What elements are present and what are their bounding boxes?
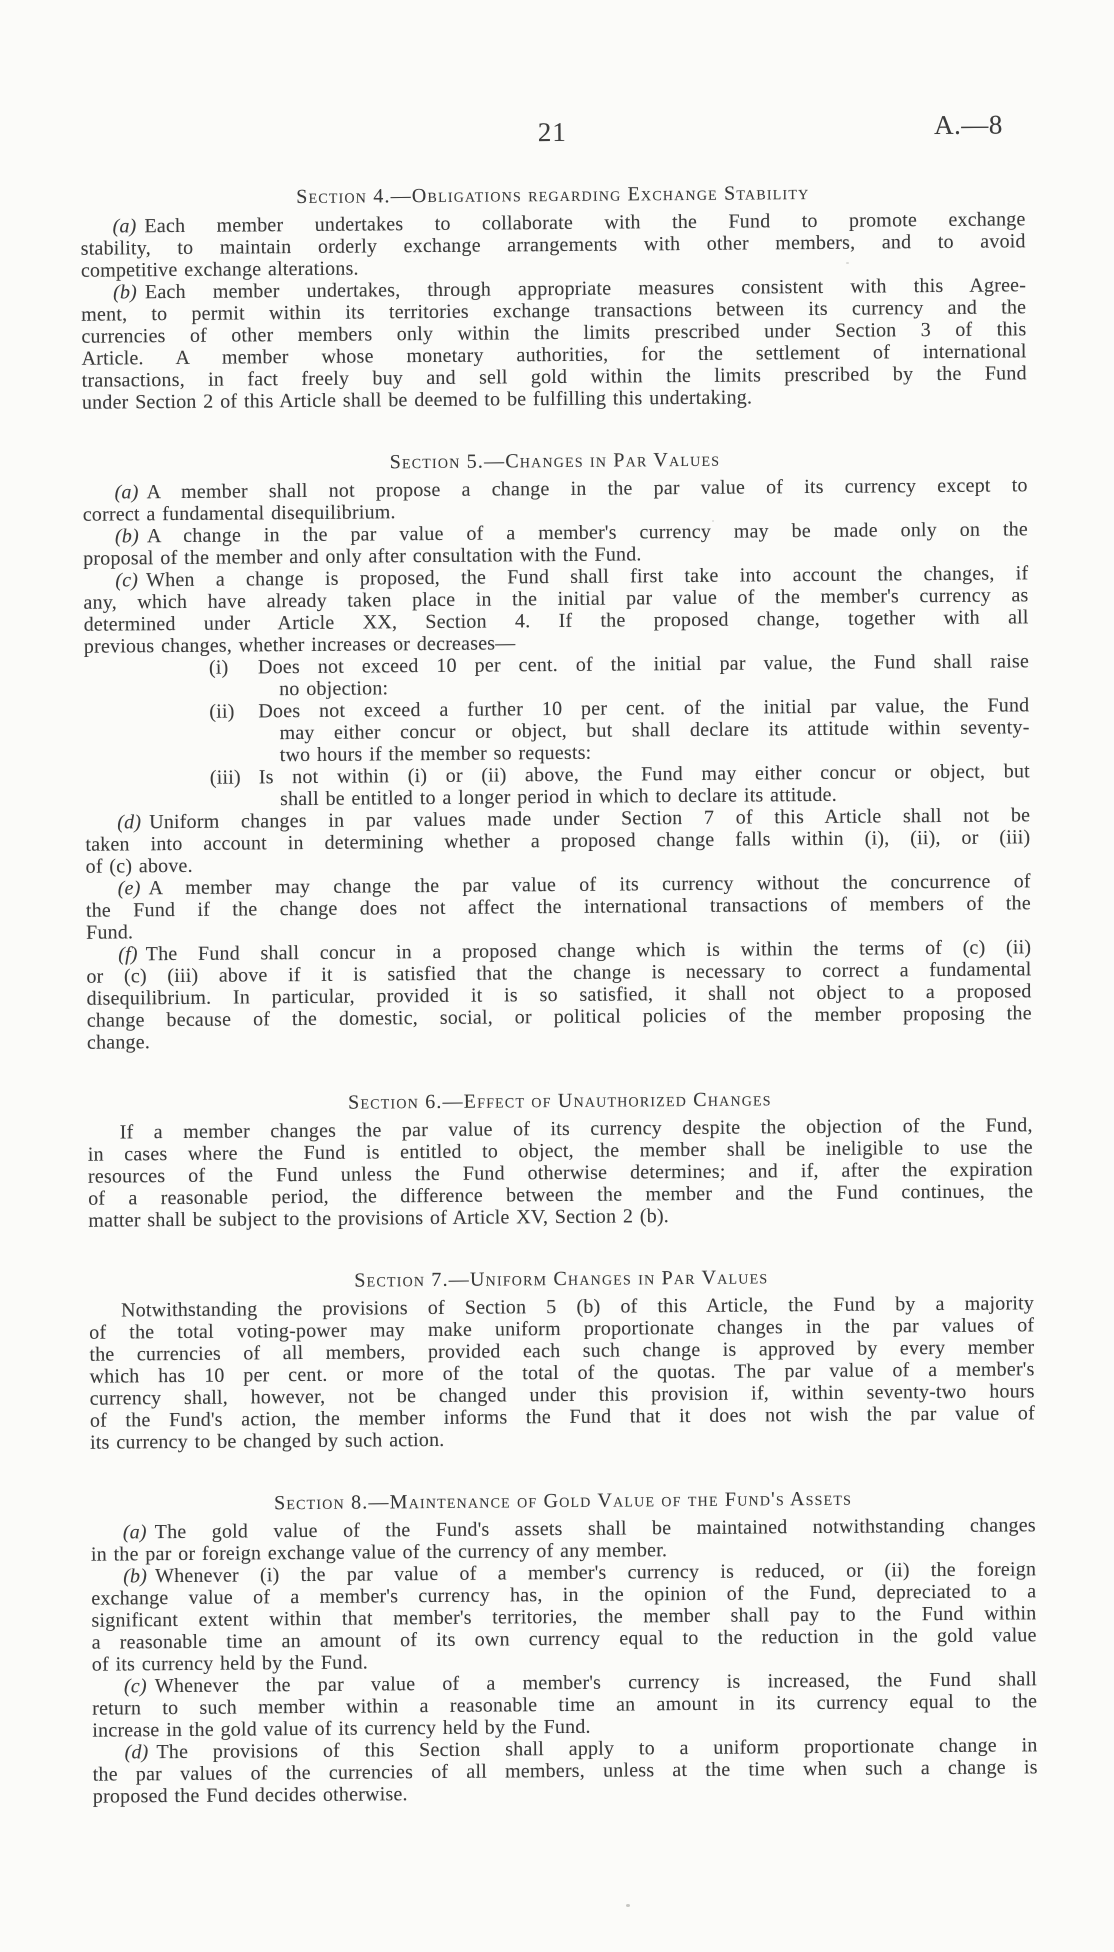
paragraph: (d)The provisions of this Section shall … [92, 1734, 1037, 1807]
page-number: 21 [80, 113, 1025, 151]
scanned-document-page: 21 A.—8 Section 4.—Obligations regarding… [0, 0, 1114, 1952]
paragraph-label: (i) [209, 656, 249, 678]
paragraph-label: (e) [118, 877, 141, 899]
paragraph-label: (c) [115, 569, 138, 591]
paragraph: (f)The Fund shall concur in a proposed c… [86, 936, 1032, 1053]
paragraph: (a)The gold value of the Fund's assets s… [91, 1514, 1036, 1565]
list-item: (iii)Is not within (i) or (ii) above, th… [210, 760, 1030, 810]
paragraph: (d)Uniform changes in par values made un… [85, 804, 1030, 877]
paragraph: (b)Whenever (i) the par value of a membe… [91, 1558, 1037, 1675]
paragraph: Notwithstanding the provisions of Sectio… [89, 1292, 1035, 1453]
paragraph-label: (ii) [209, 700, 249, 722]
list-item: (ii)Does not exceed a further 10 per cen… [209, 694, 1029, 766]
paragraph-label: (b) [115, 525, 139, 547]
section-heading: Section 5.—Changes in Par Values [82, 446, 1027, 476]
section: Section 5.—Changes in Par Values(a)A mem… [82, 446, 1032, 1053]
paragraph-label: (c) [124, 1675, 147, 1697]
scan-speck [846, 262, 849, 264]
paragraph-label: (d) [124, 1741, 148, 1763]
list-item: (i)Does not exceed 10 per cent. of the i… [209, 650, 1029, 700]
paragraph-label: (f) [118, 943, 138, 965]
paragraph: (e)A member may change the par value of … [86, 870, 1031, 943]
document-reference: A.—8 [934, 109, 1003, 141]
paragraph: (a)Each member undertakes to collaborate… [80, 208, 1025, 281]
paragraph-label: (b) [113, 281, 137, 303]
paragraph-label: (iii) [210, 766, 250, 788]
document-body: Section 4.—Obligations regarding Exchang… [80, 180, 1038, 1807]
paragraph-label: (a) [112, 215, 136, 237]
paragraph-label: (b) [123, 1565, 147, 1587]
paragraph-label: (d) [117, 811, 141, 833]
section: Section 8.—Maintenance of Gold Value of … [90, 1486, 1037, 1807]
scan-speck [626, 1904, 630, 1907]
section-heading: Section 6.—Effect of Unauthorized Change… [87, 1086, 1032, 1116]
section-heading: Section 4.—Obligations regarding Exchang… [80, 180, 1025, 210]
page-content: 21 A.—8 Section 4.—Obligations regarding… [80, 113, 1038, 1807]
paragraph: If a member changes the par value of its… [88, 1114, 1034, 1231]
section-heading: Section 7.—Uniform Changes in Par Values [89, 1264, 1034, 1294]
paragraph: (c)When a change is proposed, the Fund s… [83, 562, 1029, 657]
paragraph: (c)Whenever the par value of a member's … [92, 1668, 1037, 1741]
paragraph-label: (a) [115, 481, 139, 503]
section: Section 4.—Obligations regarding Exchang… [80, 180, 1027, 413]
paragraph: (a)A member shall not propose a change i… [83, 474, 1028, 525]
section: Section 7.—Uniform Changes in Par Values… [89, 1264, 1035, 1453]
scan-speck [712, 520, 714, 522]
section-heading: Section 8.—Maintenance of Gold Value of … [90, 1486, 1035, 1516]
page-header: 21 A.—8 [80, 113, 1025, 154]
section: Section 6.—Effect of Unauthorized Change… [87, 1086, 1033, 1231]
paragraph-label: (a) [123, 1521, 147, 1543]
paragraph: (b)A change in the par value of a member… [83, 518, 1028, 569]
paragraph: (b)Each member undertakes, through appro… [81, 274, 1027, 413]
